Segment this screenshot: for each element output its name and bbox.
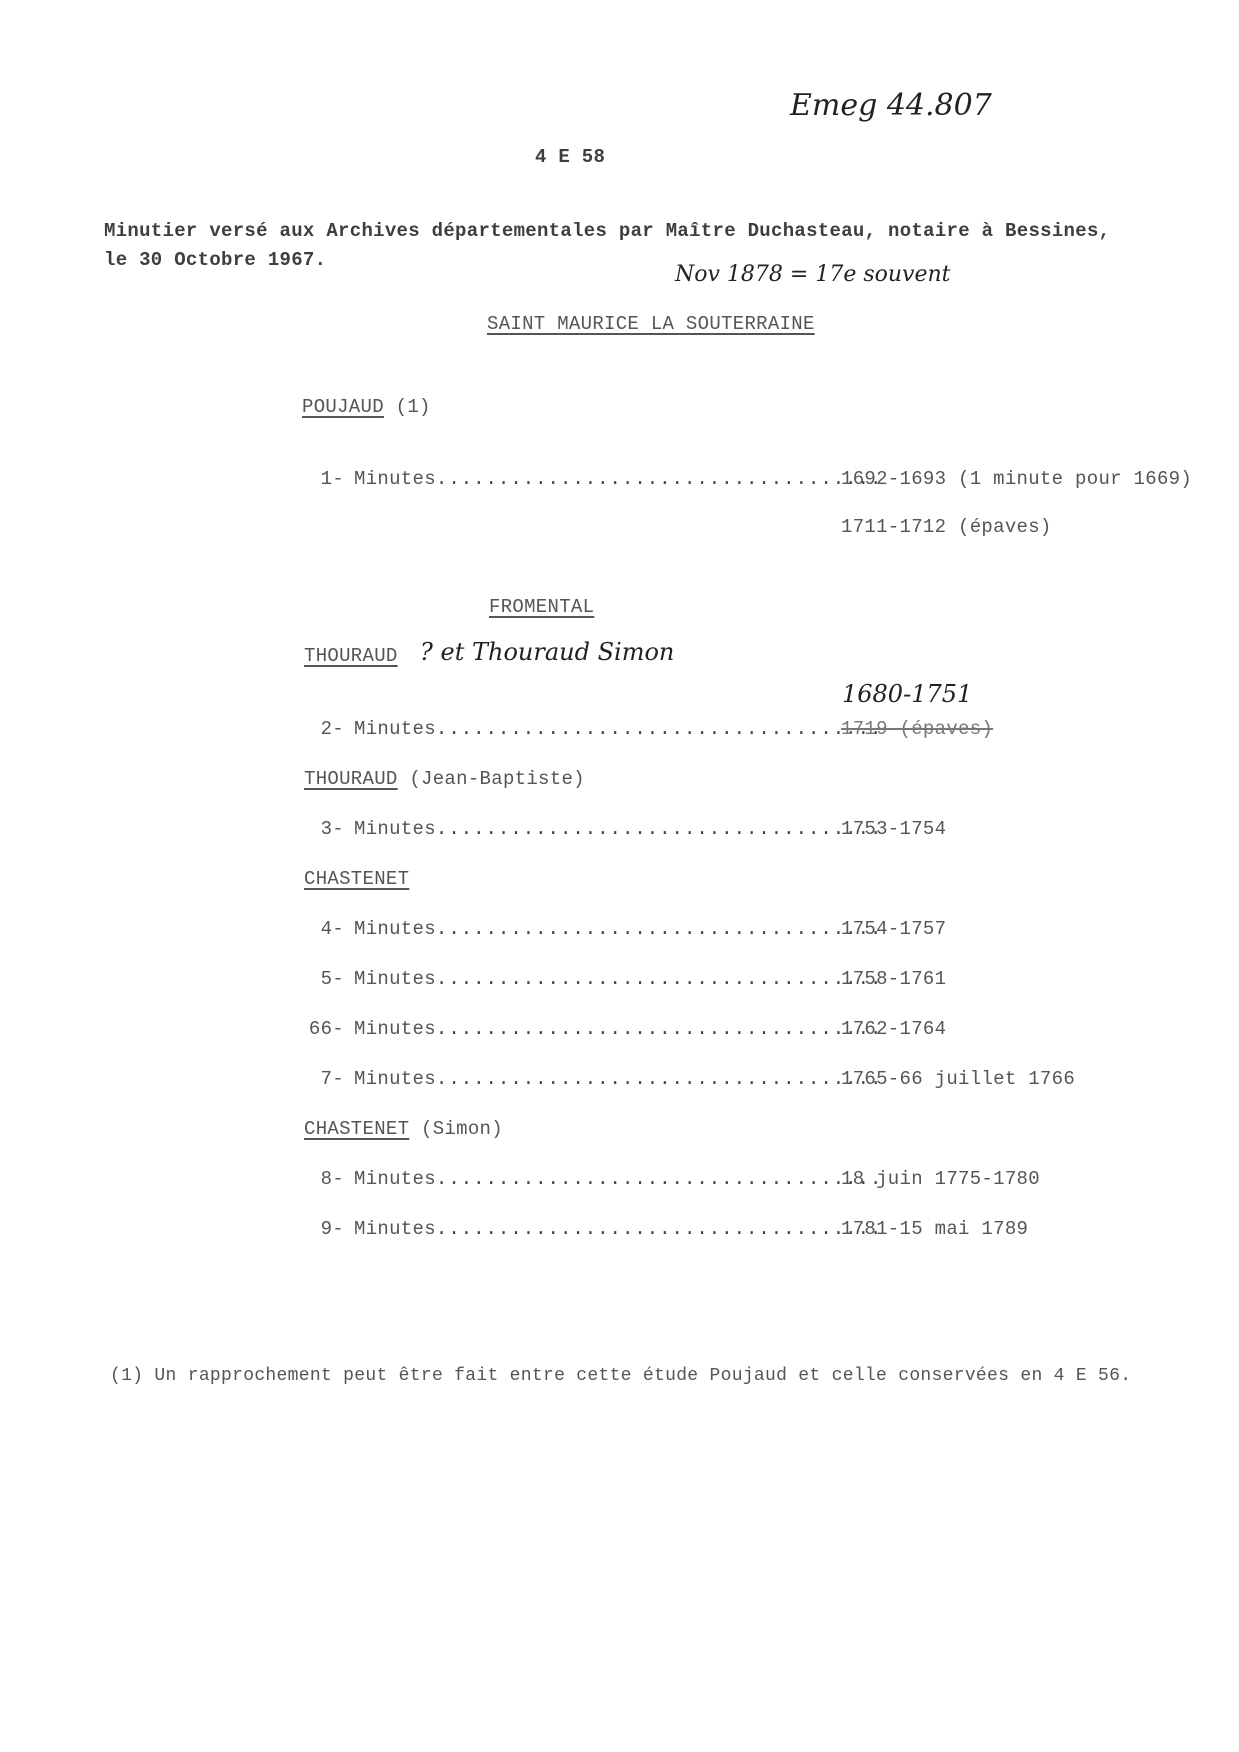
entry-label: Minutes xyxy=(354,718,436,740)
entry-dates: 1762-1764 xyxy=(841,1018,946,1040)
entry-label: Minutes xyxy=(354,818,436,840)
list-item: 4- Minutes..............................… xyxy=(302,918,882,940)
list-item: 1- Minutes..............................… xyxy=(302,468,882,490)
leader-dots: .................................... xyxy=(436,818,882,840)
entry-number: 1- xyxy=(302,468,344,490)
entry-label: Minutes xyxy=(354,918,436,940)
entry-number: 66- xyxy=(302,1018,344,1040)
entry-dates: 1758-1761 xyxy=(841,968,946,990)
list-item: 8- Minutes..............................… xyxy=(302,1168,882,1190)
entry-label: Minutes xyxy=(354,1218,436,1240)
entry-dates-struck: 1719 (épaves) xyxy=(841,718,993,740)
notary-name: POUJAUD xyxy=(302,396,384,418)
leader-dots: .................................... xyxy=(436,918,882,940)
notary-heading-thouraud-jb: THOURAUD (Jean-Baptiste) xyxy=(304,768,585,790)
entry-number: 7- xyxy=(302,1068,344,1090)
handwritten-archive-number: Emeg 44.807 xyxy=(790,88,992,123)
notary-heading-chastenet: CHASTENET xyxy=(304,868,409,890)
entry-number: 4- xyxy=(302,918,344,940)
entry-number: 5- xyxy=(302,968,344,990)
footnote: (1) Un rapprochement peut être fait entr… xyxy=(110,1366,1131,1386)
notary-heading-thouraud: THOURAUD xyxy=(304,645,398,667)
entry-number: 3- xyxy=(302,818,344,840)
notary-heading-chastenet-simon: CHASTENET (Simon) xyxy=(304,1118,503,1140)
handwritten-thouraud-note: ? et Thouraud Simon xyxy=(420,638,674,666)
leader-dots: .................................... xyxy=(436,718,882,740)
entry-dates: 1692-1693 (1 minute pour 1669) xyxy=(841,468,1192,490)
document-reference: 4 E 58 xyxy=(535,146,605,168)
handwritten-date-note: Nov 1878 = 17e souvent xyxy=(675,262,951,287)
entry-label: Minutes xyxy=(354,1018,436,1040)
entry-number: 2- xyxy=(302,718,344,740)
notary-first-name: (Jean-Baptiste) xyxy=(409,768,585,790)
entry-dates: 1753-1754 xyxy=(841,818,946,840)
leader-dots: .................................... xyxy=(436,968,882,990)
entry-number: 9- xyxy=(302,1218,344,1240)
entry-dates: 1781-15 mai 1789 xyxy=(841,1218,1028,1240)
list-item: 5- Minutes..............................… xyxy=(302,968,882,990)
entry-label: Minutes xyxy=(354,468,436,490)
notary-name: CHASTENET xyxy=(304,1118,409,1140)
leader-dots: .................................... xyxy=(436,1168,882,1190)
notary-heading-poujaud: POUJAUD (1) xyxy=(302,396,431,418)
entry-number: 8- xyxy=(302,1168,344,1190)
footnote-marker: (1) xyxy=(396,396,431,418)
entry-label: Minutes xyxy=(354,1168,436,1190)
notary-first-name: (Simon) xyxy=(421,1118,503,1140)
place-title: SAINT MAURICE LA SOUTERRAINE xyxy=(487,313,815,335)
leader-dots: .................................... xyxy=(436,468,882,490)
subplace-title: FROMENTAL xyxy=(489,596,594,618)
list-item: 66- Minutes.............................… xyxy=(302,1018,882,1040)
intro-line-2: le 30 Octobre 1967. xyxy=(104,249,326,271)
notary-name: THOURAUD xyxy=(304,768,398,790)
entry-dates-secondary: 1711-1712 (épaves) xyxy=(841,516,1052,538)
leader-dots: .................................... xyxy=(436,1018,882,1040)
entry-label: Minutes xyxy=(354,1068,436,1090)
entry-label: Minutes xyxy=(354,968,436,990)
list-item: 9- Minutes..............................… xyxy=(302,1218,882,1240)
entry-dates: 18 juin 1775-1780 xyxy=(841,1168,1040,1190)
list-item: 2- Minutes..............................… xyxy=(302,718,882,740)
handwritten-corrected-dates: 1680-1751 xyxy=(842,680,972,708)
entry-dates: 1765-66 juillet 1766 xyxy=(841,1068,1075,1090)
leader-dots: .................................... xyxy=(436,1218,882,1240)
list-item: 7- Minutes..............................… xyxy=(302,1068,882,1090)
list-item: 3- Minutes..............................… xyxy=(302,818,882,840)
leader-dots: .................................... xyxy=(436,1068,882,1090)
entry-dates: 1754-1757 xyxy=(841,918,946,940)
intro-line-1: Minutier versé aux Archives départementa… xyxy=(104,220,1110,242)
